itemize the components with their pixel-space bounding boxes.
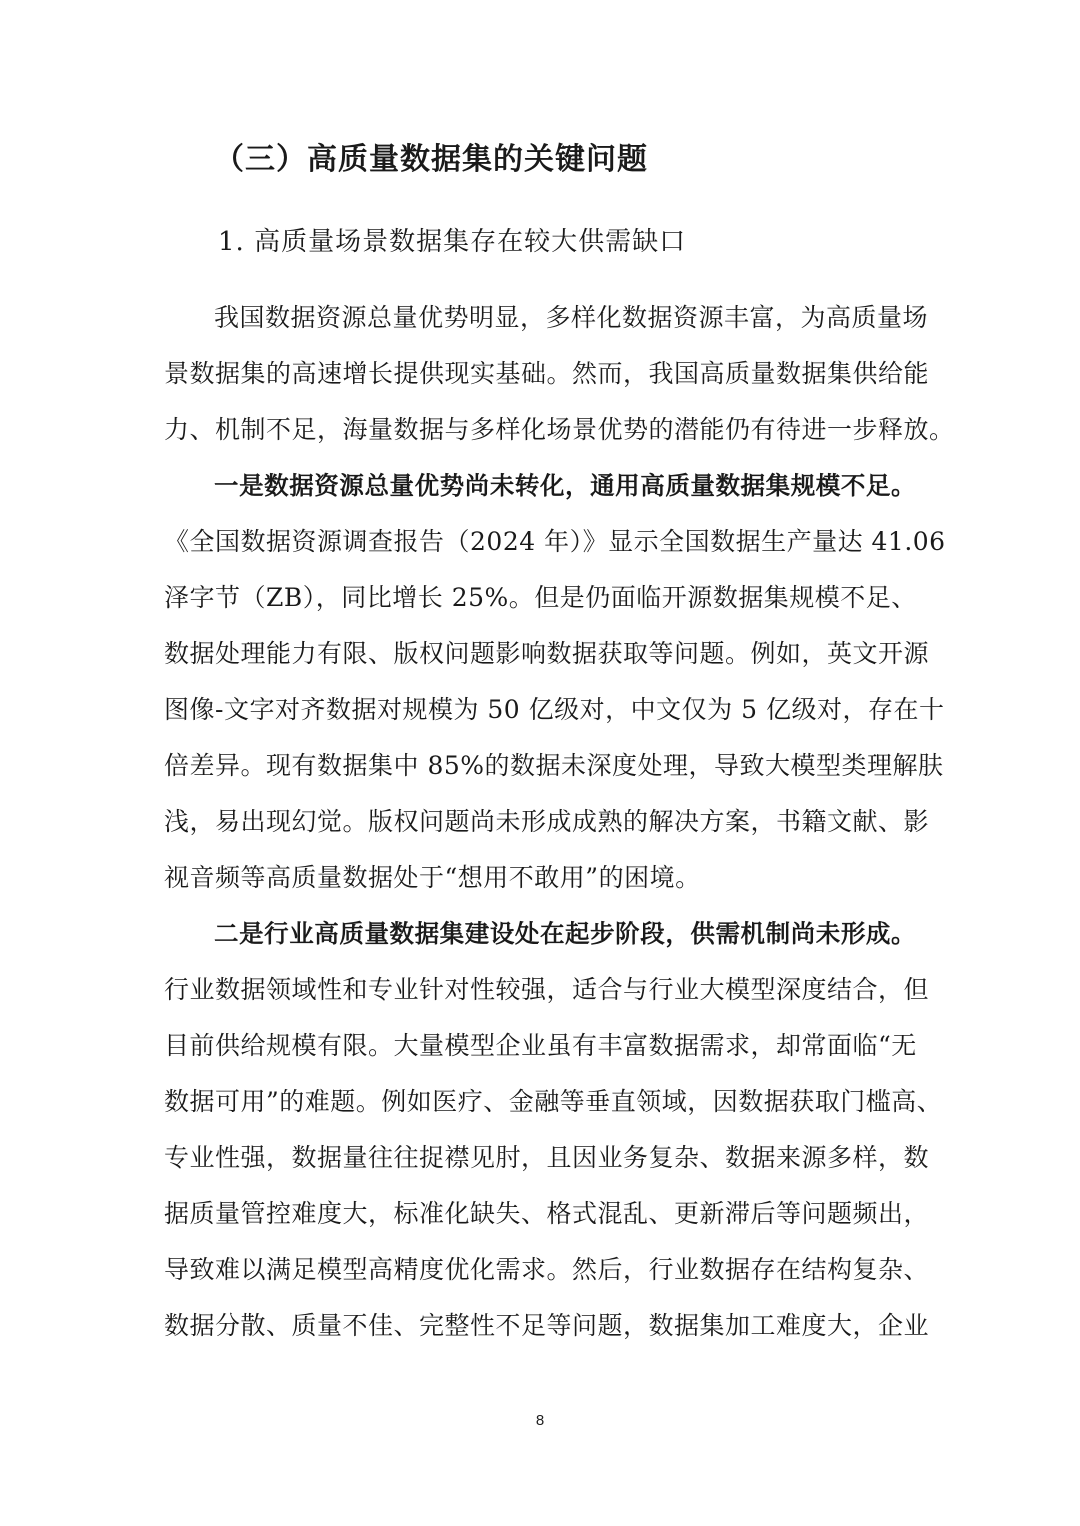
paragraph-line: 浅，易出现幻觉。版权问题尚未形成成熟的解决方案，书籍文献、影 — [164, 802, 916, 842]
paragraph-line: 导致难以满足模型高精度优化需求。然后，行业数据存在结构复杂、 — [164, 1250, 916, 1290]
paragraph-line: 数据分散、质量不佳、完整性不足等问题，数据集加工难度大，企业 — [164, 1306, 916, 1346]
page-number: 8 — [0, 1412, 1080, 1429]
paragraph-line: 力、机制不足，海量数据与多样化场景优势的潜能仍有待进一步释放。 — [164, 410, 916, 450]
paragraph-line: 《全国数据资源调查报告（2024 年）》显示全国数据生产量达 41.06 — [164, 522, 916, 562]
paragraph-line: 专业性强，数据量往往捉襟见肘，且因业务复杂、数据来源多样，数 — [164, 1138, 916, 1178]
paragraph-line: 我国数据资源总量优势明显，多样化数据资源丰富，为高质量场 — [214, 298, 916, 338]
paragraph-line: 行业数据领域性和专业针对性较强，适合与行业大模型深度结合，但 — [164, 970, 916, 1010]
paragraph-line: 数据处理能力有限、版权问题影响数据获取等问题。例如，英文开源 — [164, 634, 916, 674]
paragraph-line: 倍差异。现有数据集中 85%的数据未深度处理，导致大模型类理解肤 — [164, 746, 916, 786]
paragraph-line: 视音频等高质量数据处于“想用不敢用”的困境。 — [164, 858, 916, 898]
paragraph-line: 景数据集的高速增长提供现实基础。然而，我国高质量数据集供给能 — [164, 354, 916, 394]
paragraph-line: 泽字节（ZB），同比增长 25%。但是仍面临开源数据集规模不足、 — [164, 578, 916, 618]
bold-lead-sentence: 二是行业高质量数据集建设处在起步阶段，供需机制尚未形成。 — [214, 914, 916, 954]
paragraph-line: 图像-文字对齐数据对规模为 50 亿级对，中文仅为 5 亿级对，存在十 — [164, 690, 916, 730]
paragraph-line: 目前供给规模有限。大量模型企业虽有丰富数据需求，却常面临“无 — [164, 1026, 916, 1066]
section-heading: （三）高质量数据集的关键问题 — [214, 140, 648, 180]
paragraph-line: 数据可用”的难题。例如医疗、金融等垂直领域，因数据获取门槛高、 — [164, 1082, 916, 1122]
bold-lead-sentence: 一是数据资源总量优势尚未转化，通用高质量数据集规模不足。 — [214, 466, 916, 506]
sub-heading: 1. 高质量场景数据集存在较大供需缺口 — [218, 222, 686, 262]
document-page: （三）高质量数据集的关键问题 1. 高质量场景数据集存在较大供需缺口 我国数据资… — [0, 0, 1080, 1526]
paragraph-line: 据质量管控难度大，标准化缺失、格式混乱、更新滞后等问题频出， — [164, 1194, 916, 1234]
